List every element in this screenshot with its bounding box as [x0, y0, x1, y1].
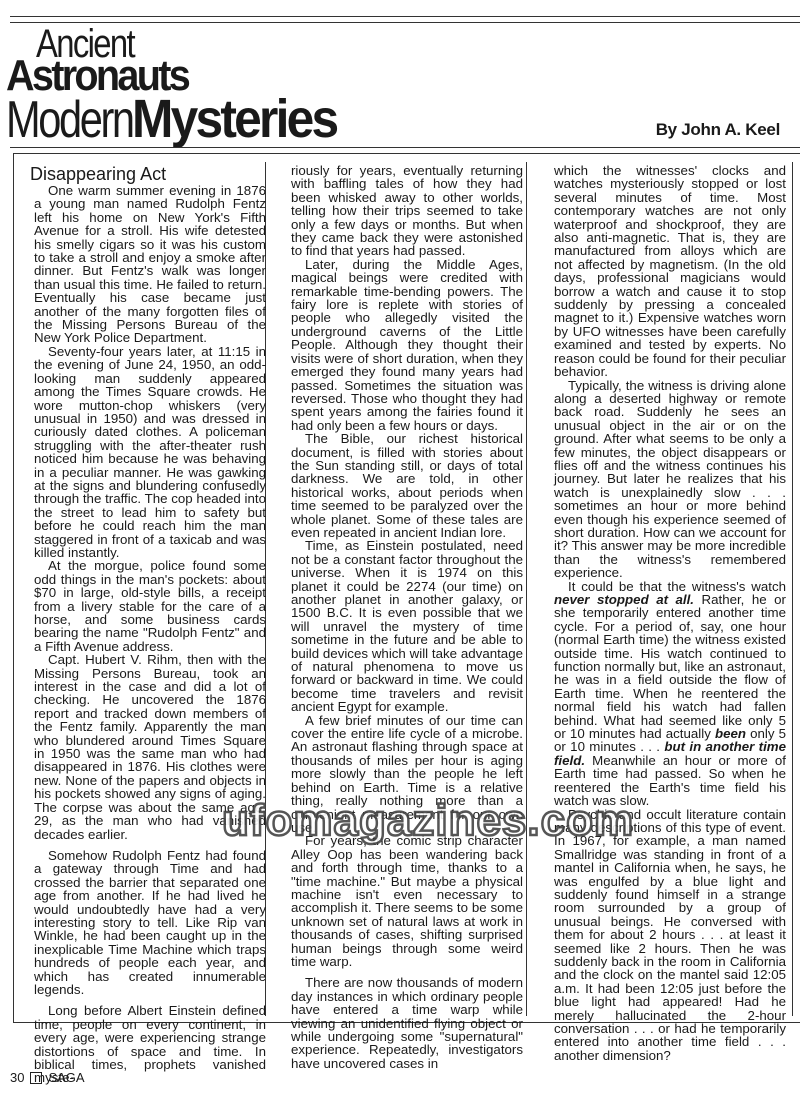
paragraph: which the witnesses' clocks and watches …: [554, 164, 786, 379]
paragraph: It could be that the witness's watch nev…: [554, 580, 786, 808]
page-footer: 30 SAGA: [10, 1070, 85, 1085]
article-column-2: riously for years, eventually returning …: [291, 164, 523, 1070]
paragraph: At the morgue, police found some odd thi…: [34, 559, 266, 653]
article-frame: Disappearing Act One warm summer evening…: [13, 153, 800, 1023]
paragraph: Typically, the witness is driving alone …: [554, 379, 786, 580]
text-run: Rather, he or she temporarily entered an…: [554, 592, 786, 741]
paragraph: One warm summer evening in 1876 a young …: [34, 184, 266, 345]
watermark: ufomagazines.com: [222, 796, 634, 846]
paragraph: For years, the comic strip character All…: [291, 834, 523, 968]
paragraph: riously for years, eventually returning …: [291, 164, 523, 258]
paragraph: Later, during the Middle Ages, magical b…: [291, 258, 523, 432]
paragraph: Somehow Rudolph Fentz had found a gatewa…: [34, 849, 266, 996]
article-column-3: which the witnesses' clocks and watches …: [554, 164, 786, 1062]
article-column-1: Disappearing Act One warm summer evening…: [34, 164, 266, 1085]
section-heading: Disappearing Act: [30, 164, 266, 184]
byline: By John A. Keel: [656, 120, 780, 140]
page-number: 30: [10, 1070, 24, 1085]
title-mysteries: Mysteries: [132, 92, 336, 146]
box-glyph-icon: [30, 1072, 42, 1084]
title-line-3: ModernMysteries: [6, 92, 354, 146]
column-divider-2: [526, 162, 527, 1016]
article-title: Ancient Astronauts ModernMysteries: [6, 24, 426, 144]
paragraph: Time, as Einstein postulated, need not b…: [291, 539, 523, 713]
paragraph: There are now thousands of modern day in…: [291, 976, 523, 1070]
paragraph: The Bible, our richest historical docume…: [291, 432, 523, 539]
paragraph: Seventy-four years later, at 11:15 in th…: [34, 345, 266, 560]
column-divider-3: [792, 162, 793, 1016]
top-rule-1: [10, 16, 800, 17]
header-bottom-rule: [10, 147, 800, 148]
publication-name: SAGA: [48, 1070, 84, 1085]
title-modern: Modern: [6, 94, 133, 146]
